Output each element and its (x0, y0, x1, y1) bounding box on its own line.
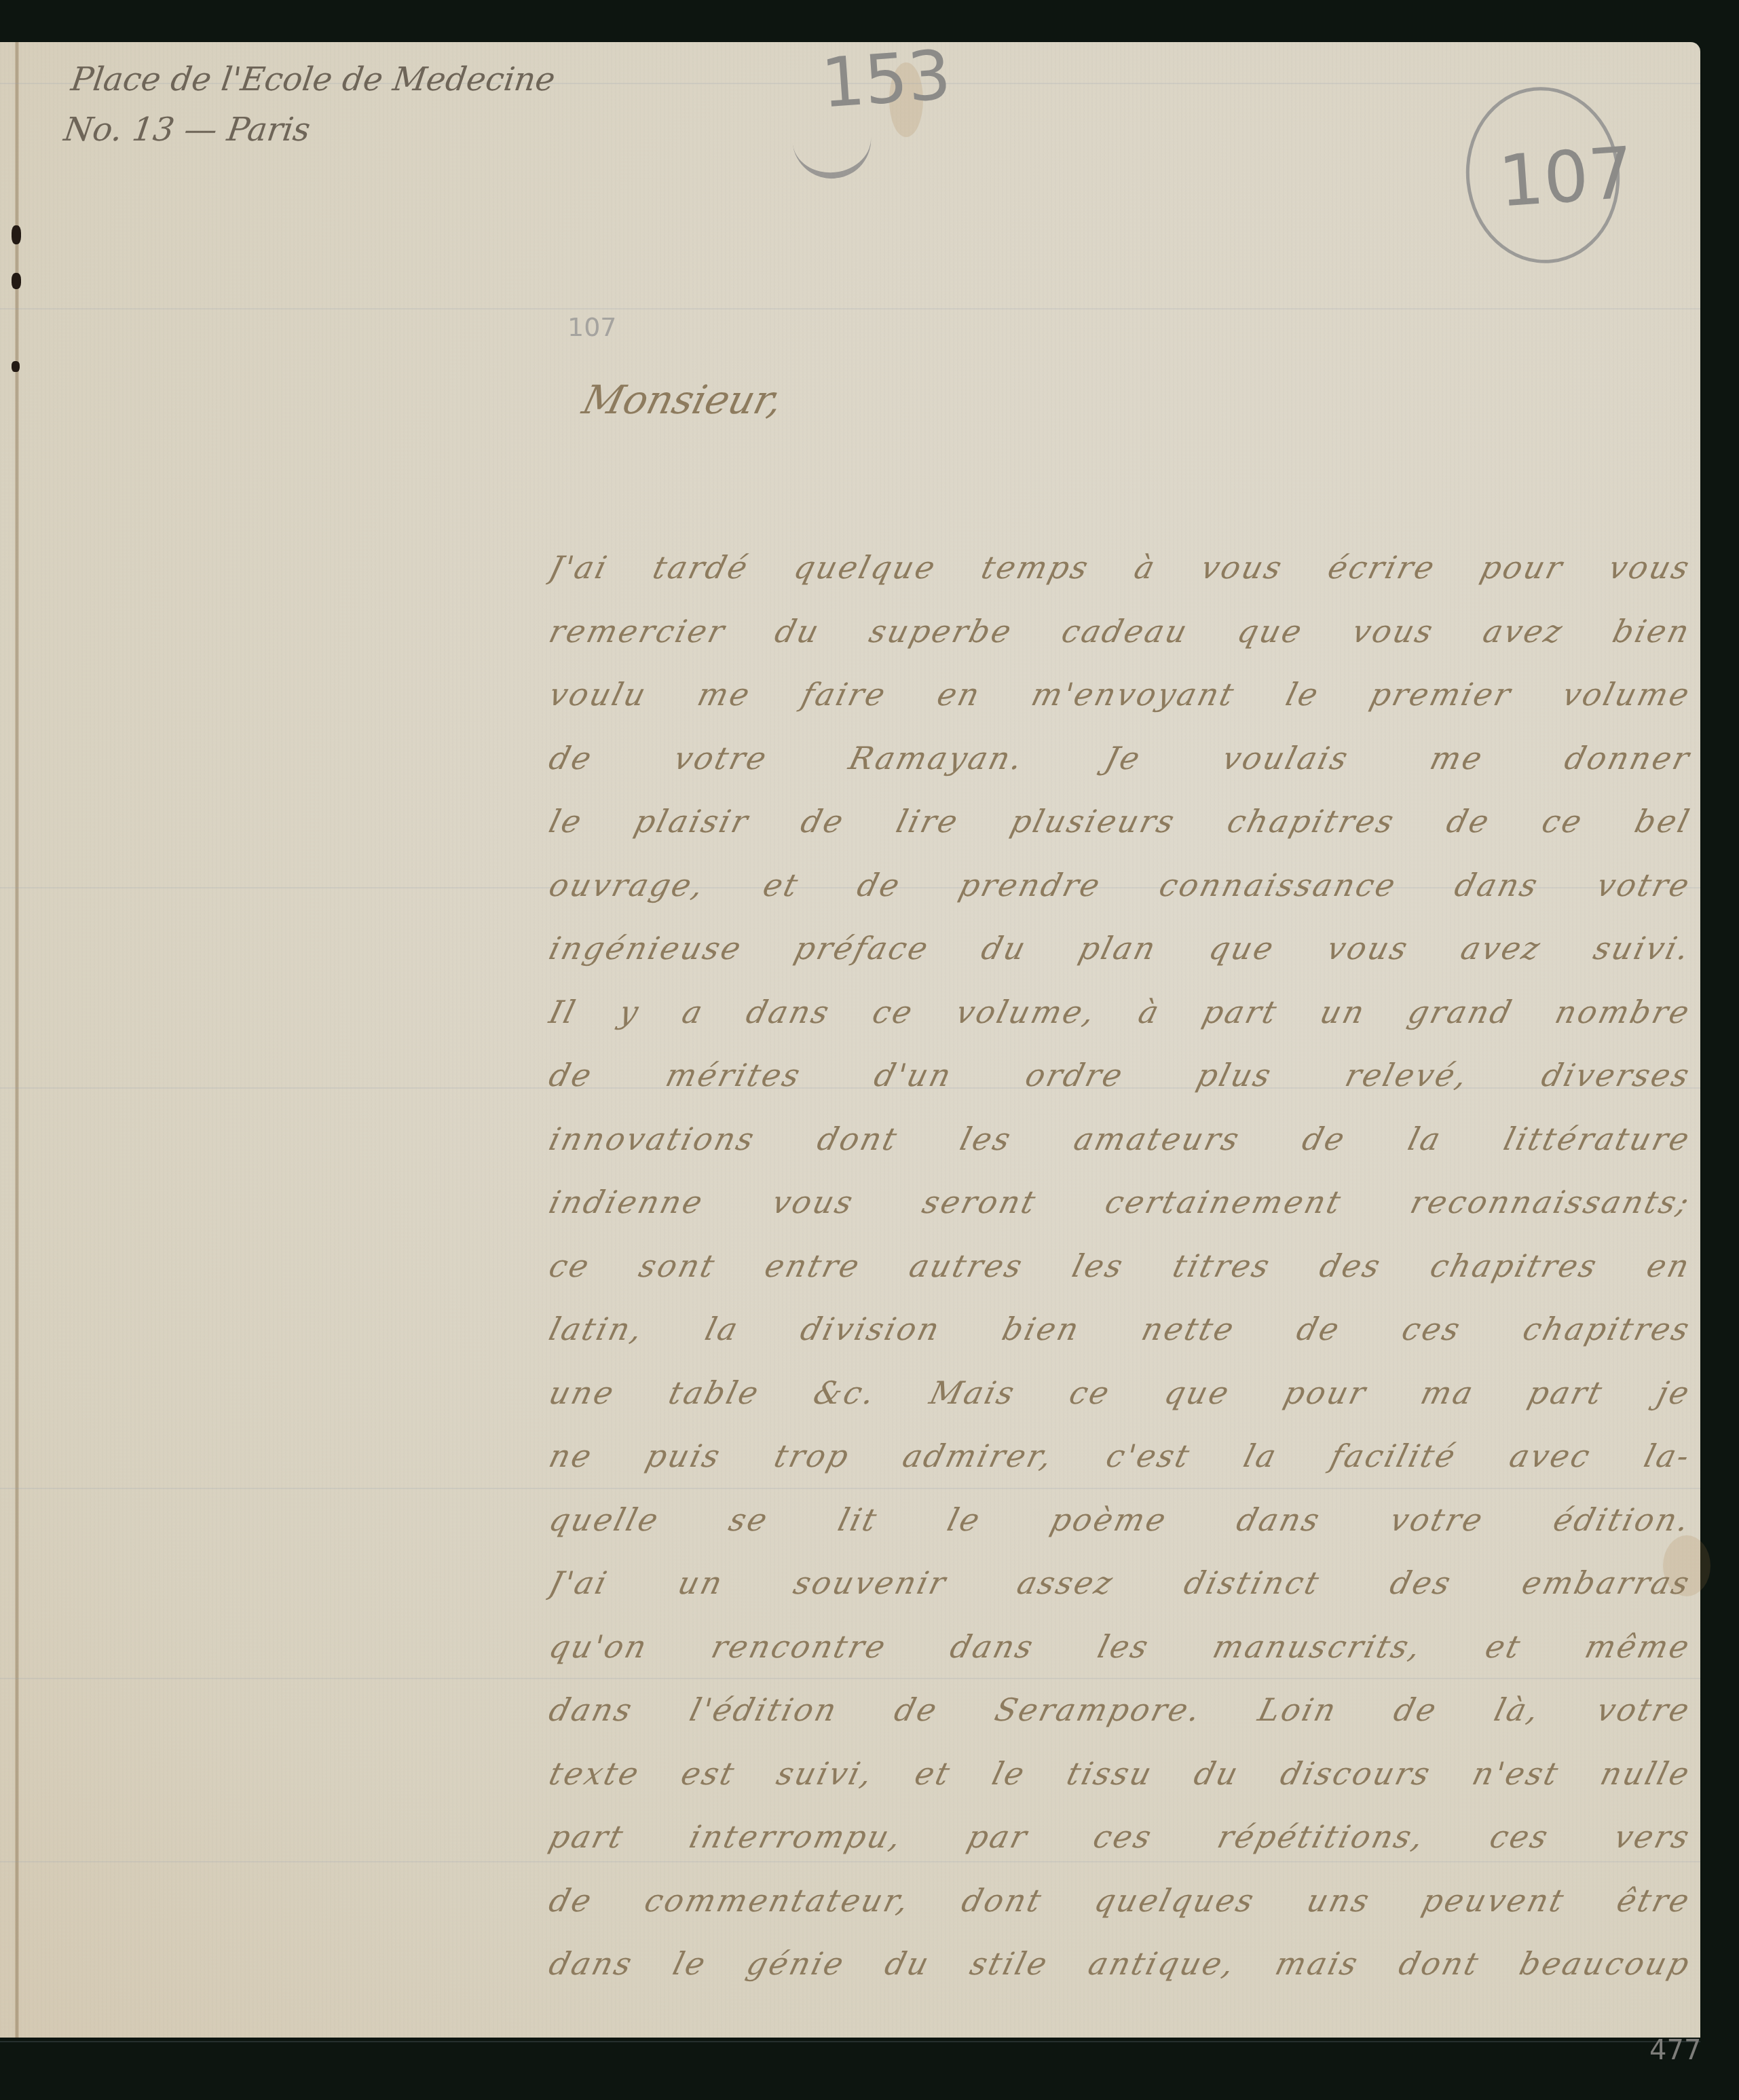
letter-line: texte est suivi, et le tissu du discours… (542, 1742, 1698, 1806)
letter-line: remercier du superbe cadeau que vous ave… (542, 600, 1698, 664)
letter-line: part interrompu, par ces répétitions, ce… (542, 1805, 1698, 1869)
salutation: Monsieur, (578, 377, 787, 423)
binding-fold (15, 42, 19, 2038)
letter-line: Il y a dans ce volume, à part un grand n… (542, 981, 1698, 1045)
letter-line: ingénieuse préface du plan que vous avez… (542, 917, 1698, 981)
archive-number: 477 (1649, 2035, 1701, 2066)
letter-line: J'ai tardé quelque temps à vous écrire p… (542, 536, 1698, 600)
letter-line: voulu me faire en m'envoyant le premier … (542, 663, 1698, 727)
address-line-2: No. 13 — Paris (61, 105, 552, 155)
letter-line: qu'on rencontre dans les manuscrits, et … (542, 1615, 1698, 1679)
letter-line: de commentateur, dont quelques uns peuve… (542, 1869, 1698, 1933)
small-page-number: 107 (567, 312, 617, 342)
letter-line: innovations dont les amateurs de la litt… (542, 1108, 1698, 1171)
address-line-1: Place de l'Ecole de Medecine (68, 54, 559, 105)
letter-body: J'ai tardé quelque temps à vous écrire p… (550, 536, 1690, 1996)
letter-line: de votre Ramayan. Je voulais me donner (542, 727, 1698, 791)
folio-number-pencil: 153 (819, 35, 954, 123)
letter-line: J'ai un souvenir assez distinct des emba… (542, 1552, 1698, 1615)
binding-stitch-mark (12, 225, 21, 244)
letter-line: indienne vous seront certainement reconn… (542, 1171, 1698, 1235)
letter-line: le plaisir de lire plusieurs chapitres d… (542, 790, 1698, 854)
letter-line: ouvrage, et de prendre connaissance dans… (542, 854, 1698, 918)
letter-line: dans l'édition de Serampore. Loin de là,… (542, 1679, 1698, 1742)
address-header: Place de l'Ecole de Medecine No. 13 — Pa… (61, 54, 559, 155)
letter-line: ne puis trop admirer, c'est la facilité … (542, 1425, 1698, 1488)
letter-line: dans le génie du stile antique, mais don… (542, 1932, 1698, 1996)
letter-line: une table &c. Mais ce que pour ma part j… (542, 1362, 1698, 1425)
binding-stitch-mark (12, 361, 20, 372)
letter-line: latin, la division bien nette de ces cha… (542, 1298, 1698, 1362)
binding-stitch-mark (12, 273, 21, 289)
faint-ruled-line (0, 2041, 1700, 2042)
letter-line: de mérites d'un ordre plus relevé, diver… (542, 1044, 1698, 1108)
letter-line: quelle se lit le poème dans votre éditio… (542, 1488, 1698, 1552)
faint-ruled-line (0, 308, 1700, 310)
circled-page-number: 107 (1496, 131, 1637, 223)
letter-line: ce sont entre autres les titres des chap… (542, 1235, 1698, 1298)
